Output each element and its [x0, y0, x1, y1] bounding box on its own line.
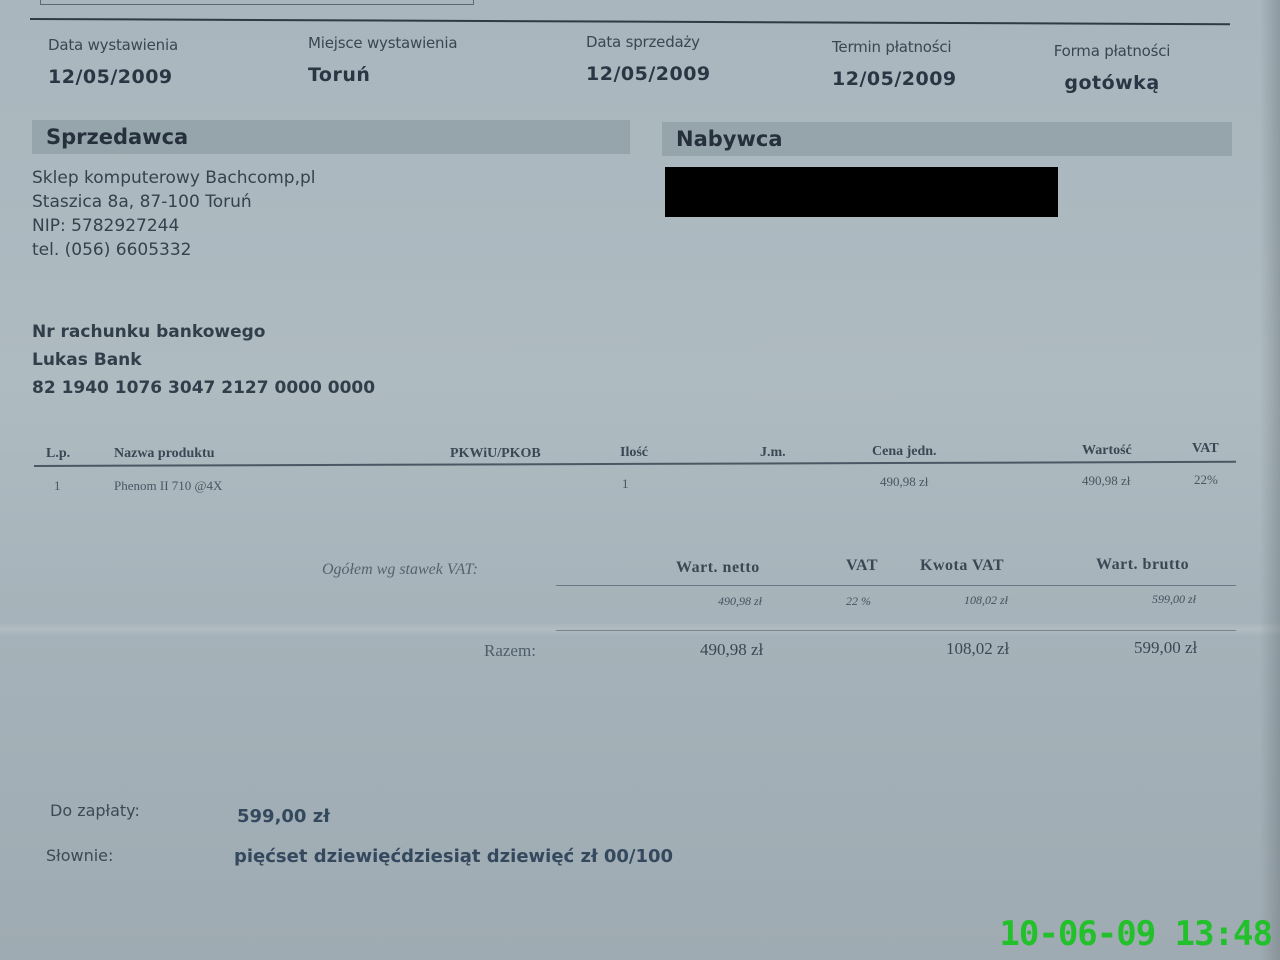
field-label: Data wystawienia: [48, 36, 178, 54]
cell-price: 490,98 zł: [880, 474, 928, 490]
col-qty: Ilość: [620, 445, 648, 461]
bank-label: Nr rachunku bankowego: [32, 318, 375, 346]
field-value: 12/05/2009: [586, 63, 711, 85]
field-label: Miejsce wystawienia: [308, 34, 457, 52]
seller-phone: tel. (056) 6605332: [32, 238, 316, 262]
cell-name: Phenom II 710 @4X: [114, 478, 222, 494]
cell-qty: 1: [622, 476, 629, 492]
col-unit: J.m.: [760, 445, 786, 461]
field-label: Termin płatności: [832, 38, 957, 56]
summary-col-vat: VAT: [846, 557, 878, 575]
summary-kwota: 108,02 zł: [964, 593, 1008, 608]
field-payment-due: Termin płatności 12/05/2009: [832, 38, 957, 90]
col-pkwiu: PKWiU/PKOB: [450, 446, 541, 462]
summary-netto: 490,98 zł: [718, 594, 762, 609]
amount-words-label: Słownie:: [46, 846, 113, 865]
cell-vat: 22%: [1194, 472, 1218, 488]
summary-label: Ogółem wg stawek VAT:: [322, 561, 478, 579]
total-netto: 490,98 zł: [700, 640, 763, 660]
total-brutto: 599,00 zł: [1134, 638, 1197, 658]
total-kwota: 108,02 zł: [946, 639, 1009, 659]
total-label: Razem:: [484, 641, 536, 661]
paper-fold: [0, 622, 1280, 636]
bank-name: Lukas Bank: [32, 346, 375, 374]
summary-brutto: 599,00 zł: [1152, 592, 1196, 607]
field-value: gotówką: [1052, 72, 1172, 94]
top-box-border: [40, 0, 474, 5]
col-lp: L.p.: [46, 446, 70, 462]
amount-words-value: pięćset dziewięćdziesiąt dziewięć zł 00/…: [234, 846, 673, 867]
field-issue-date: Data wystawienia 12/05/2009: [48, 36, 178, 88]
field-value: Toruń: [308, 64, 457, 86]
col-name: Nazwa produktu: [114, 446, 215, 462]
col-vat: VAT: [1192, 441, 1219, 457]
amount-due-label: Do zapłaty:: [50, 801, 140, 820]
seller-details: Sklep komputerowy Bachcomp,pl Staszica 8…: [32, 166, 316, 262]
summary-vat-rate: 22 %: [846, 594, 871, 609]
seller-name: Sklep komputerowy Bachcomp,pl: [32, 166, 316, 190]
edge-shadow: [1260, 0, 1280, 960]
summary-col-brutto: Wart. brutto: [1096, 556, 1189, 574]
seller-nip: NIP: 5782927244: [32, 214, 316, 238]
col-value: Wartość: [1082, 443, 1132, 459]
cell-value: 490,98 zł: [1082, 473, 1130, 489]
seller-heading: Sprzedawca: [32, 120, 630, 154]
bank-account: 82 1940 1076 3047 2127 0000 0000: [32, 374, 375, 402]
camera-timestamp: 10-06-09 13:48: [999, 914, 1272, 954]
col-price: Cena jedn.: [872, 444, 937, 460]
field-sale-date: Data sprzedaży 12/05/2009: [586, 33, 711, 85]
bank-details: Nr rachunku bankowego Lukas Bank 82 1940…: [32, 318, 375, 402]
summary-col-netto: Wart. netto: [676, 559, 760, 577]
buyer-redacted-block: [665, 167, 1058, 217]
buyer-heading: Nabywca: [662, 122, 1232, 156]
seller-address: Staszica 8a, 87-100 Toruń: [32, 190, 316, 214]
summary-header-rule: [556, 585, 1236, 586]
header-rule: [30, 18, 1230, 25]
amount-due-value: 599,00 zł: [237, 806, 330, 827]
field-value: 12/05/2009: [832, 68, 957, 90]
field-label: Data sprzedaży: [586, 33, 711, 51]
field-payment-method: Forma płatności gotówką: [1052, 42, 1172, 94]
summary-col-kwota: Kwota VAT: [920, 557, 1004, 575]
field-label: Forma płatności: [1052, 42, 1172, 60]
cell-lp: 1: [54, 478, 61, 494]
field-value: 12/05/2009: [48, 66, 178, 88]
field-issue-place: Miejsce wystawienia Toruń: [308, 34, 457, 86]
